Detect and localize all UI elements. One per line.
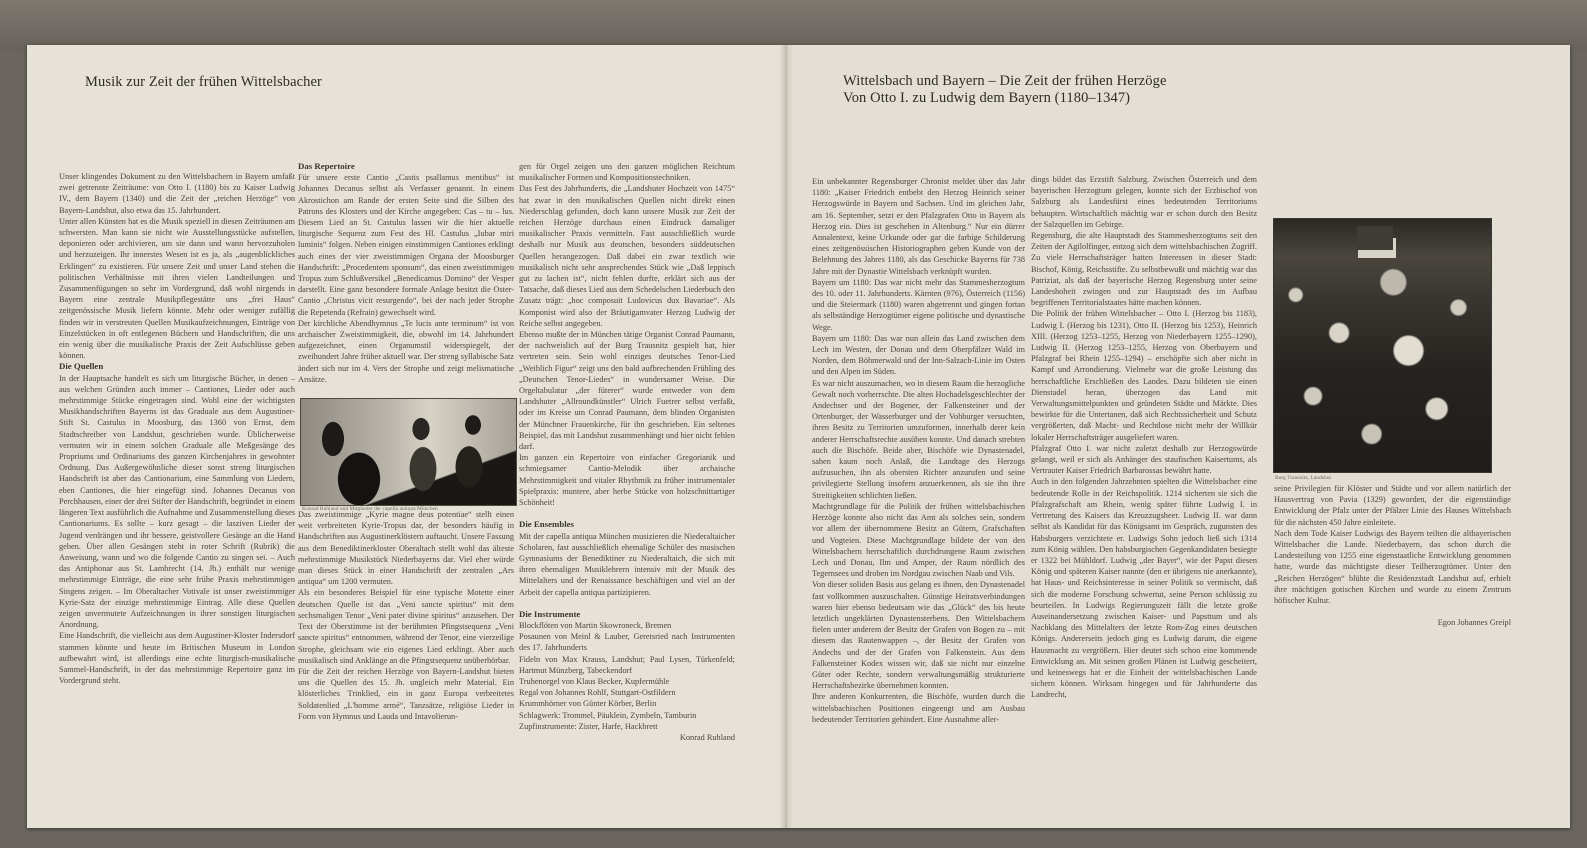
left-column-3: gen für Orgel zeigen uns den ganzen mögl… bbox=[519, 161, 735, 743]
right-page-title-line2: Von Otto I. zu Ludwig dem Bayern (1180–1… bbox=[843, 90, 1167, 107]
paragraph: Ihre anderen Konkurrenten, die Bischöfe,… bbox=[812, 691, 1025, 725]
paragraph: Regensburg, die alte Hauptstadt des Stam… bbox=[1031, 230, 1257, 308]
paragraph: Bayern um 1180: Das war nicht mehr das S… bbox=[812, 277, 1025, 333]
paragraph: Ein unbekannter Regensburger Chronist me… bbox=[812, 176, 1025, 277]
paragraph: Für die Zeit der reichen Herzöge von Bay… bbox=[298, 666, 514, 722]
paragraph: Ebenso mußte der in München tätige Organ… bbox=[519, 329, 735, 452]
performers-photo bbox=[300, 398, 517, 506]
paragraph: Die Politik der frühen Wittelsbacher – O… bbox=[1031, 308, 1257, 442]
left-page: Musik zur Zeit der frühen Wittelsbacher … bbox=[27, 45, 785, 828]
section-heading-ensembles: Die Ensembles bbox=[519, 519, 735, 530]
paragraph: Unser klingendes Dokument zu den Wittels… bbox=[59, 171, 295, 216]
left-column-1: Unser klingendes Dokument zu den Wittels… bbox=[59, 171, 295, 686]
instrument-item: Blockflöten von Martin Skowroneck, Breme… bbox=[519, 620, 735, 631]
author-signature: Egon Johannes Greipl bbox=[1274, 617, 1511, 628]
section-heading-instrumente: Die Instrumente bbox=[519, 609, 735, 620]
paragraph: Als ein besonderes Beispiel für eine typ… bbox=[298, 587, 514, 665]
paragraph: dings bildet das Erzstift Salzburg. Zwis… bbox=[1031, 174, 1257, 230]
paragraph: Bayern um 1180: Das war nun allein das L… bbox=[812, 333, 1025, 378]
paragraph: Im ganzen ein Repertoire von einfacher G… bbox=[519, 452, 735, 508]
paragraph: gen für Orgel zeigen uns den ganzen mögl… bbox=[519, 161, 735, 183]
background-surface bbox=[0, 0, 1587, 50]
paragraph: Das zweistimmige „Kyrie magne deus poten… bbox=[298, 509, 514, 587]
performers-photo-caption: Konrad Ruhland und Mitglieder der capell… bbox=[302, 506, 438, 513]
right-page-title: Wittelsbach und Bayern – Die Zeit der fr… bbox=[843, 73, 1167, 107]
instrument-item: Regal von Johannes Rohlf, Stuttgart-Ostf… bbox=[519, 687, 735, 698]
paragraph: In der Hauptsache handelt es sich um lit… bbox=[59, 373, 295, 631]
instrument-item: Fideln von Max Krauss, Landshut; Paul Ly… bbox=[519, 654, 735, 676]
castle-photo-caption: Burg Trausnitz, Landshut bbox=[1275, 475, 1331, 482]
paragraph: Pfalzgraf Otto I. war nicht zuletzt desh… bbox=[1031, 443, 1257, 477]
right-page: Wittelsbach und Bayern – Die Zeit der fr… bbox=[785, 45, 1570, 828]
paragraph: Für unsere erste Cantio „Castis psallamu… bbox=[298, 172, 514, 318]
paragraph: Das Fest des Jahrhunderts, die „Landshut… bbox=[519, 183, 735, 329]
paragraph: Von dieser soliden Basis aus gelang es i… bbox=[812, 579, 1025, 691]
paragraph: Es war nicht auszumachen, wo in diesem R… bbox=[812, 378, 1025, 501]
paragraph: Eine Handschrift, die vielleicht aus dem… bbox=[59, 630, 295, 686]
record-sleeve-spread: Musik zur Zeit der frühen Wittelsbacher … bbox=[27, 45, 1570, 828]
section-heading-quellen: Die Quellen bbox=[59, 361, 295, 372]
section-heading-repertoire: Das Repertoire bbox=[298, 161, 514, 172]
paragraph: seine Privilegien für Klöster und Städte… bbox=[1274, 483, 1511, 528]
paragraph: Auch in den folgenden Jahrzehnten spielt… bbox=[1031, 476, 1257, 700]
paragraph: Nach dem Tode Kaiser Ludwigs des Bayern … bbox=[1274, 528, 1511, 606]
instrument-item: Posaunen von Meinl & Lauber, Geretsried … bbox=[519, 631, 735, 653]
paragraph: Unter allen Künsten hat es die Musik spe… bbox=[59, 216, 295, 362]
castle-photo bbox=[1273, 218, 1492, 473]
sleeve-spine-fold bbox=[779, 45, 793, 828]
instrument-item: Schlagwerk: Trommel, Päuklein, Zymbeln, … bbox=[519, 710, 735, 721]
paragraph: Machtgrundlage für die Politik der frühe… bbox=[812, 501, 1025, 579]
right-page-title-line1: Wittelsbach und Bayern – Die Zeit der fr… bbox=[843, 73, 1167, 90]
right-column-1: Ein unbekannter Regensburger Chronist me… bbox=[812, 176, 1025, 725]
paragraph: Der kirchliche Abendhymnus „Te lucis ant… bbox=[298, 318, 514, 385]
author-signature: Konrad Ruhland bbox=[519, 732, 735, 743]
instrument-item: Zupfinstrumente: Zister, Harfe, Hackbret… bbox=[519, 721, 735, 732]
paragraph: Mit der capella antiqua München musizier… bbox=[519, 531, 735, 598]
right-column-2: dings bildet das Erzstift Salzburg. Zwis… bbox=[1031, 174, 1257, 701]
right-column-3: seine Privilegien für Klöster und Städte… bbox=[1274, 483, 1511, 628]
left-page-title: Musik zur Zeit der frühen Wittelsbacher bbox=[85, 74, 322, 91]
instrument-item: Krummhörner von Günter Körber, Berlin bbox=[519, 698, 735, 709]
instrument-item: Truhenorgel von Klaus Becker, Kupfermühl… bbox=[519, 676, 735, 687]
